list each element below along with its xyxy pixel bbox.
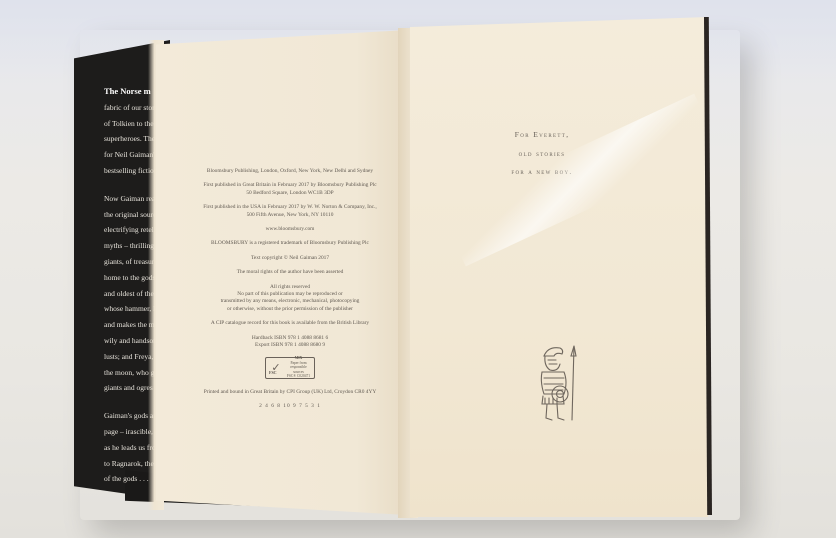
moral-rights: The moral rights of the author have been… [180,269,400,276]
website: www.bloomsbury.com [180,226,400,233]
trademark-notice: BLOOMSBURY is a registered trademark of … [180,240,400,247]
dedication-text: For Everett, old stories for a new boy. [482,126,602,182]
publisher-line: Bloomsbury Publishing, London, Oxford, N… [180,168,400,175]
isbn-hardback: Hardback ISBN 978 1 4088 8681 6 [252,335,328,341]
printer-line: Printed and bound in Great Britain by CP… [180,389,400,396]
uk-publication: First published in Great Britain in Febr… [180,182,400,197]
fsc-code: FSC® C020471 [287,374,310,378]
dedication-line: for a new boy. [482,163,602,182]
us-pub-line-1: First published in the USA in February 2… [203,204,377,210]
text-copyright: Text copyright © Neil Gaiman 2017 [180,255,400,262]
norse-warrior-icon [530,342,588,426]
us-publication: First published in the USA in February 2… [180,204,400,219]
rights-line: or otherwise, without the prior permissi… [227,306,353,312]
uk-pub-line-1: First published in Great Britain in Febr… [203,182,376,188]
us-pub-line-2: 500 Fifth Avenue, New York, NY 10110 [247,212,334,218]
cip-record: A CIP catalogue record for this book is … [180,320,400,327]
dedication-line: For Everett, [482,126,602,145]
print-run: 2 4 6 8 10 9 7 5 3 1 [180,403,400,410]
isbn-block: Hardback ISBN 978 1 4088 8681 6 Export I… [180,335,400,350]
copyright-text: Bloomsbury Publishing, London, Oxford, N… [180,168,400,417]
fsc-logo: FSC [269,369,277,376]
fsc-label: MIX Paper from responsible sources FSC® … [286,356,311,379]
isbn-export: Export ISBN 978 1 4088 8680 9 [255,342,325,348]
fsc-mix: MIX [295,356,302,360]
fsc-badge: ✓ MIX Paper from responsible sources FSC… [265,357,315,379]
rights-reserved: All rights reserved No part of this publ… [180,284,400,314]
dedication-line: old stories [482,145,602,164]
rights-line: transmitted by any means, electronic, me… [221,298,360,304]
dedication-page [410,17,708,517]
uk-pub-line-2: 50 Bedford Square, London WC1B 3DP [246,190,333,196]
fsc-label-1: Paper from [290,361,306,365]
rights-line: All rights reserved [270,284,310,290]
fsc-label-2: responsible sources [290,365,306,374]
rights-line: No part of this publication may be repro… [237,291,342,297]
